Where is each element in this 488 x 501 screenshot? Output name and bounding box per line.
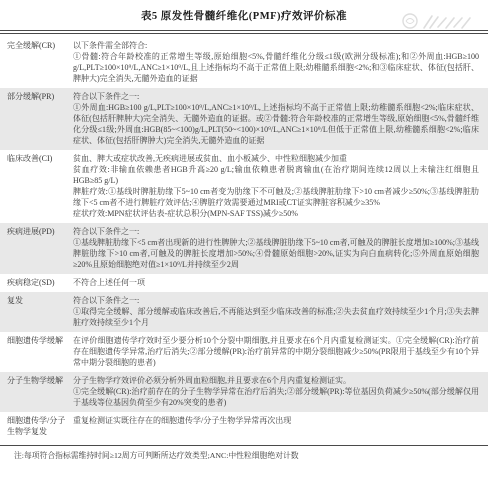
table-row: 细胞遗传学缓解 在评价细胞遗传学疗效时至少要分析10个分裂中期细胞,并且要求在6… — [0, 332, 488, 372]
criteria-table: 完全缓解(CR) 以下条件需全部符合:①骨髓:符合年龄校准的正常增生等级,原始细… — [0, 34, 488, 441]
criteria-paragraph: ①基线脾脏肋缘下<5 cm者出现新的进行性脾肿大;②基线脾脏肋缘下5~10 cm… — [73, 237, 479, 270]
criteria-paragraph: 以下条件需全部符合: — [73, 40, 479, 51]
table-row: 疾病进展(PD) 符合以下条件之一:①基线脾脏肋缘下<5 cm者出现新的进行性脾… — [0, 223, 488, 274]
criteria-paragraph: 症状疗效:MPN症状评估表-症状总积分(MPN-SAF TSS)减少≥50% — [73, 208, 479, 219]
table-row: 临床改善(CI) 贫血、脾大或症状改善,无疾病进展或贫血、血小板减少、中性粒细胞… — [0, 150, 488, 223]
row-content: 在评价细胞遗传学疗效时至少要分析10个分裂中期细胞,并且要求在6个月内重复检测证… — [67, 335, 488, 368]
criteria-paragraph: 不符合上述任何一项 — [73, 277, 479, 288]
criteria-paragraph: 在评价细胞遗传学疗效时至少要分析10个分裂中期细胞,并且要求在6个月内重复检测证… — [73, 335, 479, 368]
table-row: 分子生物学缓解 分子生物学疗效评价必须分析外周血粒细胞,并且要求在6个月内重复检… — [0, 372, 488, 412]
row-label: 复发 — [0, 295, 67, 328]
row-content: 符合以下条件之一:①基线脾脏肋缘下<5 cm者出现新的进行性脾肿大;②基线脾脏肋… — [67, 226, 488, 270]
criteria-paragraph: 贫血、脾大或症状改善,无疾病进展或贫血、血小板减少、中性粒细胞减少加重 — [73, 153, 479, 164]
row-label: 细胞遗传学缓解 — [0, 335, 67, 368]
row-content: 重复检测证实既往存在的细胞遗传学/分子生物学异常再次出现 — [67, 415, 488, 437]
document-page: 表5 原发性骨髓纤维化(PMF)疗效评价标准 完全缓解(CR) 以下条件需全部符… — [0, 0, 488, 501]
row-content: 符合以下条件之一:①外周血:HGB≥100 g/L,PLT≥100×10⁹/L,… — [67, 91, 488, 146]
table-row: 细胞遗传学/分子生物学复发 重复检测证实既往存在的细胞遗传学/分子生物学异常再次… — [0, 412, 488, 441]
criteria-paragraph: 符合以下条件之一: — [73, 91, 479, 102]
criteria-paragraph: ①取得完全缓解、部分缓解或临床改善后,不再能达到至少临床改善的标准;②失去贫血疗… — [73, 306, 479, 328]
row-label: 临床改善(CI) — [0, 153, 67, 219]
criteria-paragraph: 重复检测证实既往存在的细胞遗传学/分子生物学异常再次出现 — [73, 415, 479, 426]
row-content: 以下条件需全部符合:①骨髓:符合年龄校准的正常增生等级,原始细胞<5%,骨髓纤维… — [67, 40, 488, 84]
criteria-paragraph: 符合以下条件之一: — [73, 295, 479, 306]
row-label: 完全缓解(CR) — [0, 40, 67, 84]
table-row: 复发 符合以下条件之一:①取得完全缓解、部分缓解或临床改善后,不再能达到至少临床… — [0, 292, 488, 332]
criteria-paragraph: ①完全缓解(CR):治疗前存在的分子生物学异常在治疗后消失;②部分缓解(PR):… — [73, 386, 479, 408]
row-label: 部分缓解(PR) — [0, 91, 67, 146]
table-footnote: 注:每项符合指标需维持时间≥12周方可判断所达疗效类型;ANC:中性粒细胞绝对计… — [0, 446, 488, 461]
row-content: 符合以下条件之一:①取得完全缓解、部分缓解或临床改善后,不再能达到至少临床改善的… — [67, 295, 488, 328]
table-row: 部分缓解(PR) 符合以下条件之一:①外周血:HGB≥100 g/L,PLT≥1… — [0, 88, 488, 150]
row-label: 疾病进展(PD) — [0, 226, 67, 270]
row-label: 分子生物学缓解 — [0, 375, 67, 408]
criteria-paragraph: 贫血疗效:非输血依赖患者HGB升高≥20 g/L;输血依赖患者脱离输血(在治疗期… — [73, 164, 479, 186]
criteria-paragraph: 脾脏疗效:①基线时脾脏肋缘下5~10 cm者变为肋缘下不可触及;②基线脾脏肋缘下… — [73, 186, 479, 208]
row-label: 细胞遗传学/分子生物学复发 — [0, 415, 67, 437]
row-content: 分子生物学疗效评价必须分析外周血粒细胞,并且要求在6个月内重复检测证实。①完全缓… — [67, 375, 488, 408]
table-title: 表5 原发性骨髓纤维化(PMF)疗效评价标准 — [0, 0, 488, 30]
row-content: 贫血、脾大或症状改善,无疾病进展或贫血、血小板减少、中性粒细胞减少加重贫血疗效:… — [67, 153, 488, 219]
criteria-paragraph: 符合以下条件之一: — [73, 226, 479, 237]
row-label: 疾病稳定(SD) — [0, 277, 67, 288]
criteria-paragraph: ①骨髓:符合年龄校准的正常增生等级,原始细胞<5%,骨髓纤维化分级≤1级(欧洲分… — [73, 51, 479, 84]
table-row: 完全缓解(CR) 以下条件需全部符合:①骨髓:符合年龄校准的正常增生等级,原始细… — [0, 37, 488, 88]
table-row: 疾病稳定(SD) 不符合上述任何一项 — [0, 274, 488, 292]
criteria-paragraph: 分子生物学疗效评价必须分析外周血粒细胞,并且要求在6个月内重复检测证实。 — [73, 375, 479, 386]
criteria-paragraph: ①外周血:HGB≥100 g/L,PLT≥100×10⁹/L,ANC≥1×10⁹… — [73, 102, 479, 146]
row-content: 不符合上述任何一项 — [67, 277, 488, 288]
